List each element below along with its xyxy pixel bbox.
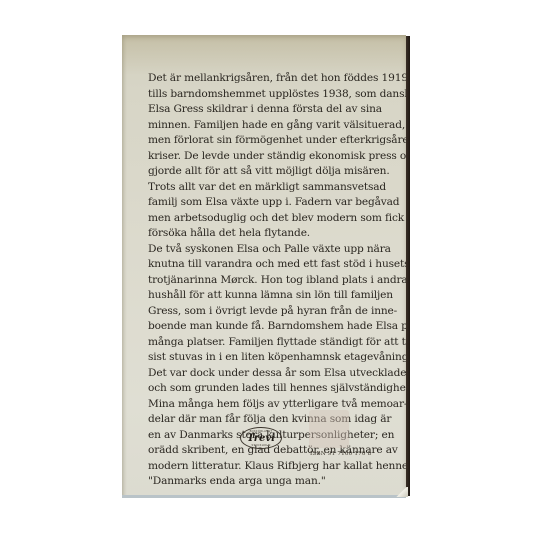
book-back-cover: Det är mellankrigsåren, från det hon föd… xyxy=(122,35,406,498)
blurb-line: boende man kunde få. Barndomshem hade El… xyxy=(148,319,404,335)
blurb-text: Det är mellankrigsåren, från det hon föd… xyxy=(148,71,404,490)
blurb-line: sist stuvas in i en liten köpenhamnsk et… xyxy=(148,350,404,366)
blurb-line: minnen. Familjen hade en gång varit väls… xyxy=(148,118,404,134)
blurb-line: delar där man får följa den kvinna som i… xyxy=(148,412,404,428)
blurb-line: Det var dock under dessa år som Elsa utv… xyxy=(148,366,404,382)
blurb-line: Gress, som i övrigt levde på hyran från … xyxy=(148,304,404,320)
blurb-line: Elsa Gress skildrar i denna första del a… xyxy=(148,102,404,118)
publisher-logo: BOKFÖRLAGET Trevi STOCKHOLM xyxy=(240,427,282,449)
blurb-line: knutna till varandra och med ett fast st… xyxy=(148,257,404,273)
blurb-line: De två syskonen Elsa och Palle växte upp… xyxy=(148,242,404,258)
blurb-line: familj som Elsa växte upp i. Fadern var … xyxy=(148,195,404,211)
blurb-line: men förlorat sin förmögenhet under efter… xyxy=(148,133,404,149)
logo-arc-bottom: STOCKHOLM xyxy=(251,444,270,447)
blurb-line: många platser. Familjen flyttade ständig… xyxy=(148,335,404,351)
photo-stage: Det är mellankrigsåren, från det hon föd… xyxy=(0,0,533,533)
blurb-line: och som grunden lades till hennes självs… xyxy=(148,381,404,397)
blurb-line: tills barndomshemmet upplöstes 1938, som… xyxy=(148,87,404,103)
blurb-line: Mina många hem följs av ytterligare två … xyxy=(148,397,404,413)
blurb-line: men arbetsoduglig och det blev modern so… xyxy=(148,211,404,227)
blurb-line: trotjänarinna Mørck. Hon tog ibland plat… xyxy=(148,273,404,289)
blurb-line: modern litteratur. Klaus Rifbjerg har ka… xyxy=(148,459,404,475)
blurb-line: försöka hålla det hela flytande. xyxy=(148,226,404,242)
isbn-number: ISBN 91 7160 170 8 xyxy=(310,451,371,457)
blurb-line: gjorde allt för att så vitt möjligt dölj… xyxy=(148,164,404,180)
cover-stain xyxy=(309,410,349,448)
blurb-line: hushåll för att kunna lämna sin lön till… xyxy=(148,288,404,304)
logo-name: Trevi xyxy=(247,433,275,444)
blurb-line: Det är mellankrigsåren, från det hon föd… xyxy=(148,71,404,87)
corner-fold xyxy=(396,487,408,497)
blurb-line: "Danmarks enda arga unga man." xyxy=(148,474,404,490)
blurb-line: Trots allt var det en märkligt sammansve… xyxy=(148,180,404,196)
book-spine-edge xyxy=(406,36,410,496)
blurb-line: kriser. De levde under ständig ekonomisk… xyxy=(148,149,404,165)
